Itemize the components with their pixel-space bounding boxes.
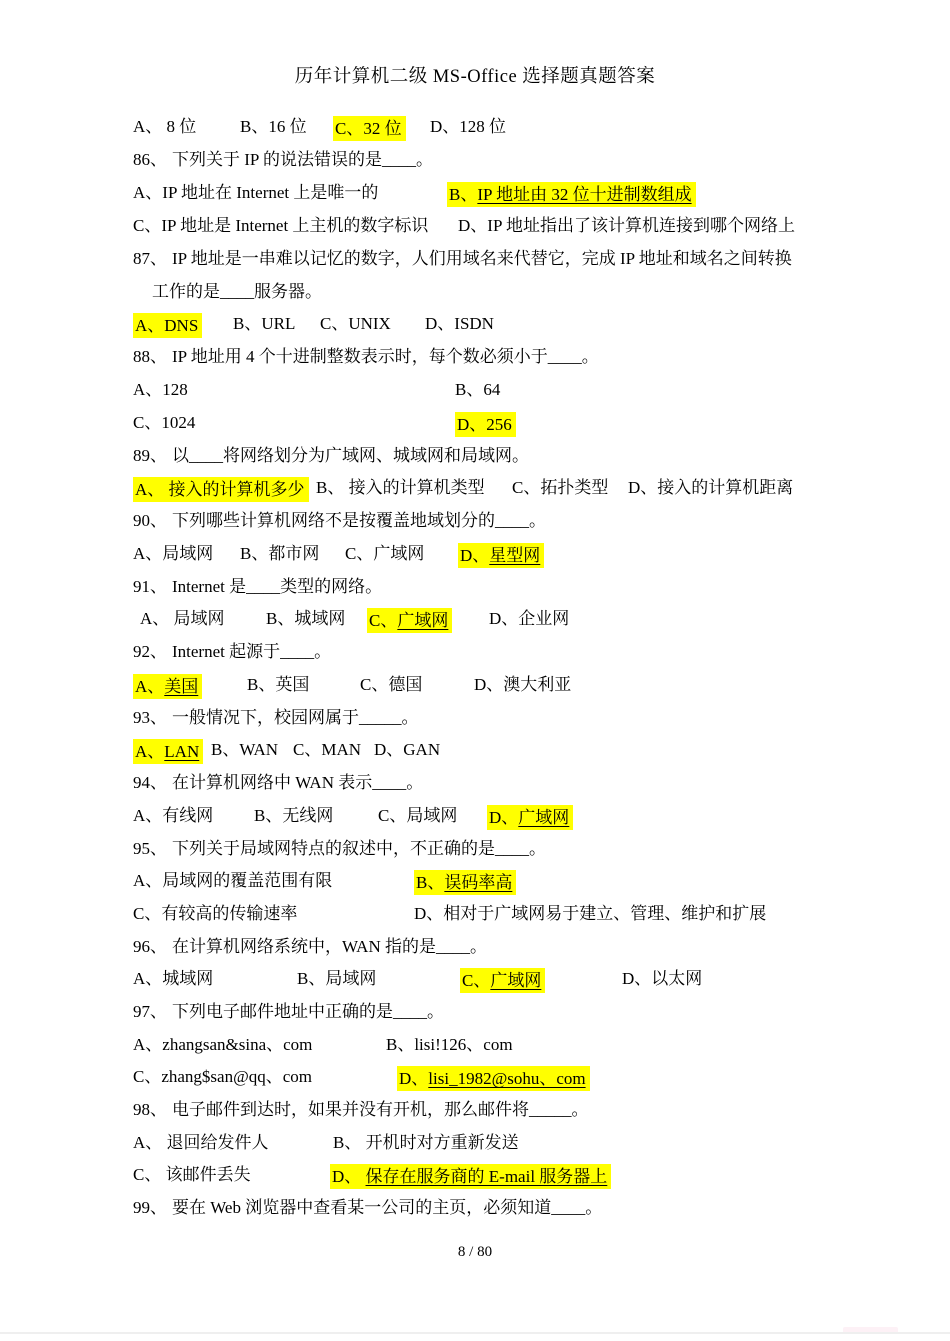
- segment-text: D、: [489, 808, 518, 827]
- question-line: 90、下列哪些计算机网络不是按覆盖地域划分的____。: [0, 510, 950, 536]
- text-segment: A、128: [133, 379, 188, 401]
- text-segment: 在计算机网络中 WAN 表示____。: [172, 772, 423, 794]
- segment-text: A、DNS: [135, 316, 198, 335]
- segment-text: 86、: [133, 150, 167, 169]
- text-segment: C、局域网: [378, 805, 457, 827]
- text-segment: B、URL: [233, 313, 295, 335]
- text-segment: B、都市网: [240, 543, 319, 565]
- segment-text: A、128: [133, 380, 188, 399]
- segment-text: A、: [135, 742, 164, 761]
- text-segment: 90、: [133, 510, 167, 532]
- segment-text: D、: [332, 1167, 366, 1186]
- segment-text: 下列电子邮件地址中正确的是____。: [172, 1002, 444, 1021]
- text-line: A、IP 地址在 Internet 上是唯一的B、IP 地址由 32 位十进制数…: [0, 182, 950, 208]
- segment-text: 99、: [133, 1198, 167, 1217]
- question-line: 97、下列电子邮件地址中正确的是____。: [0, 1001, 950, 1027]
- question-line: 87、IP 地址是一串难以记忆的数字，人们用域名来代替它，完成 IP 地址和域名…: [0, 248, 950, 274]
- underlined-answer-text: 误码率高: [444, 873, 512, 892]
- segment-text: D、IP 地址指出了该计算机连接到哪个网络上: [458, 216, 795, 235]
- question-line: 91、Internet 是____类型的网络。: [0, 576, 950, 602]
- segment-text: A、局域网: [133, 544, 213, 563]
- segment-text: 一般情况下，校园网属于_____。: [172, 708, 419, 727]
- segment-text: 92、: [133, 642, 167, 661]
- segment-text: A、 接入的计算机多少: [135, 480, 305, 499]
- segment-text: A、 退回给发件人: [133, 1133, 269, 1152]
- text-segment: C、1024: [133, 412, 195, 434]
- segment-text: 在计算机网络系统中，WAN 指的是____。: [172, 937, 487, 956]
- segment-text: Internet 起源于____。: [172, 642, 331, 661]
- highlighted-answer: A、LAN: [133, 739, 203, 764]
- text-segment: B、 开机时对方重新发送: [333, 1132, 519, 1154]
- segment-text: C、拓扑类型: [512, 478, 608, 497]
- segment-text: 95、: [133, 839, 167, 858]
- segment-text: A、: [135, 677, 164, 696]
- text-segment: C、MAN: [293, 739, 361, 761]
- text-line: C、 该邮件丢失D、 保存在服务商的 E-mail 服务器上: [0, 1164, 950, 1190]
- text-segment: IP 地址是一串难以记忆的数字，人们用域名来代替它，完成 IP 地址和域名之间转…: [172, 248, 792, 270]
- text-segment: D、以太网: [622, 968, 702, 990]
- segment-text: B、64: [455, 380, 500, 399]
- text-segment: D、GAN: [374, 739, 440, 761]
- text-line: A、 局域网B、城域网C、广域网D、企业网: [0, 608, 950, 634]
- segment-text: 89、: [133, 446, 167, 465]
- segment-text: B、lisi!126、com: [386, 1035, 513, 1054]
- text-segment: B、WAN: [211, 739, 278, 761]
- text-segment: A、 局域网: [140, 608, 225, 630]
- text-segment: D、相对于广域网易于建立、管理、维护和扩展: [414, 903, 766, 925]
- text-segment: C、IP 地址是 Internet 上主机的数字标识: [133, 215, 428, 237]
- segment-text: IP 地址用 4 个十进制整数表示时，每个数必须小于____。: [172, 347, 599, 366]
- text-segment: D、接入的计算机距离: [628, 477, 793, 499]
- question-line: 92、Internet 起源于____。: [0, 641, 950, 667]
- segment-text: D、以太网: [622, 969, 702, 988]
- text-segment: D、128 位: [430, 116, 506, 138]
- text-segment: C、 该邮件丢失: [133, 1164, 251, 1186]
- segment-text: D、: [399, 1069, 428, 1088]
- segment-text: A、 8 位: [133, 117, 196, 136]
- segment-text: D、澳大利亚: [474, 675, 571, 694]
- segment-text: 以____将网络划分为广域网、城域网和局域网。: [172, 446, 529, 465]
- segment-text: A、zhangsan&sina、com: [133, 1035, 312, 1054]
- text-segment: 88、: [133, 346, 167, 368]
- question-line: 94、在计算机网络中 WAN 表示____。: [0, 772, 950, 798]
- segment-text: 下列关于 IP 的说法错误的是____。: [172, 150, 433, 169]
- text-segment: B、 接入的计算机类型: [316, 477, 485, 499]
- segment-text: A、局域网的覆盖范围有限: [133, 871, 332, 890]
- text-segment: Internet 是____类型的网络。: [172, 576, 382, 598]
- segment-text: 90、: [133, 511, 167, 530]
- question-line: 86、下列关于 IP 的说法错误的是____。: [0, 149, 950, 175]
- segment-text: B、URL: [233, 314, 295, 333]
- segment-text: B、WAN: [211, 740, 278, 759]
- segment-text: 在计算机网络中 WAN 表示____。: [172, 773, 423, 792]
- highlighted-answer: D、星型网: [458, 543, 544, 568]
- text-segment: 97、: [133, 1001, 167, 1023]
- segment-text: IP 地址是一串难以记忆的数字，人们用域名来代替它，完成 IP 地址和域名之间转…: [172, 249, 792, 268]
- text-segment: B、英国: [247, 674, 309, 696]
- text-segment: Internet 起源于____。: [172, 641, 331, 663]
- text-segment: 92、: [133, 641, 167, 663]
- segment-text: C、32 位: [335, 119, 402, 138]
- text-segment: C、UNIX: [320, 313, 391, 335]
- segment-text: 下列关于局域网特点的叙述中，不正确的是____。: [172, 839, 546, 858]
- text-line: C、IP 地址是 Internet 上主机的数字标识D、IP 地址指出了该计算机…: [0, 215, 950, 241]
- text-segment: 下列哪些计算机网络不是按覆盖地域划分的____。: [172, 510, 546, 532]
- text-segment: 要在 Web 浏览器中查看某一公司的主页，必须知道____。: [172, 1197, 602, 1219]
- text-line: A、zhangsan&sina、comB、lisi!126、com: [0, 1034, 950, 1060]
- text-segment: D、IP 地址指出了该计算机连接到哪个网络上: [458, 215, 795, 237]
- text-segment: B、城域网: [266, 608, 345, 630]
- page-bottom-rule: [0, 1332, 950, 1334]
- text-segment: C、广域网: [345, 543, 424, 565]
- text-segment: A、有线网: [133, 805, 213, 827]
- text-segment: C、有较高的传输速率: [133, 903, 297, 925]
- text-segment: IP 地址用 4 个十进制整数表示时，每个数必须小于____。: [172, 346, 599, 368]
- segment-text: Internet 是____类型的网络。: [172, 577, 382, 596]
- highlighted-answer: C、32 位: [333, 116, 406, 141]
- text-segment: B、无线网: [254, 805, 333, 827]
- segment-text: D、128 位: [430, 117, 506, 136]
- text-segment: 99、: [133, 1197, 167, 1219]
- text-segment: 下列电子邮件地址中正确的是____。: [172, 1001, 444, 1023]
- segment-text: C、广域网: [345, 544, 424, 563]
- underlined-answer-text: lisi_1982@sohu、com: [428, 1069, 585, 1088]
- text-segment: 电子邮件到达时，如果并没有开机，那么邮件将_____。: [172, 1099, 589, 1121]
- page-title: 历年计算机二级 MS-Office 选择题真题答案: [0, 62, 950, 88]
- text-segment: 工作的是____服务器。: [152, 281, 322, 303]
- text-line: A、128B、64: [0, 379, 950, 405]
- highlighted-answer: B、IP 地址由 32 位十进制数组成: [447, 182, 696, 207]
- text-segment: A、 退回给发件人: [133, 1132, 269, 1154]
- segment-text: 91、: [133, 577, 167, 596]
- segment-text: C、: [369, 611, 397, 630]
- text-segment: A、zhangsan&sina、com: [133, 1034, 312, 1056]
- highlighted-answer: A、DNS: [133, 313, 202, 338]
- text-segment: 86、: [133, 149, 167, 171]
- underlined-answer-text: 广域网: [490, 971, 541, 990]
- highlighted-answer: D、256: [455, 412, 516, 437]
- segment-text: C、 该邮件丢失: [133, 1165, 251, 1184]
- text-line: A、 接入的计算机多少B、 接入的计算机类型C、拓扑类型D、接入的计算机距离: [0, 477, 950, 503]
- segment-text: 94、: [133, 773, 167, 792]
- underlined-answer-text: IP 地址由 32 位十进制数组成: [477, 185, 691, 204]
- segment-text: C、局域网: [378, 806, 457, 825]
- question-line: 88、IP 地址用 4 个十进制整数表示时，每个数必须小于____。: [0, 346, 950, 372]
- page-number-indicator: 8 / 80: [0, 1244, 950, 1261]
- text-line: A、局域网B、都市网C、广域网D、星型网: [0, 543, 950, 569]
- underlined-answer-text: LAN: [164, 742, 199, 761]
- text-segment: 下列关于 IP 的说法错误的是____。: [172, 149, 433, 171]
- text-segment: B、64: [455, 379, 500, 401]
- question-line: 95、下列关于局域网特点的叙述中，不正确的是____。: [0, 838, 950, 864]
- text-segment: 下列关于局域网特点的叙述中，不正确的是____。: [172, 838, 546, 860]
- text-segment: C、zhang$san@qq、com: [133, 1066, 312, 1088]
- text-segment: A、IP 地址在 Internet 上是唯一的: [133, 182, 378, 204]
- segment-text: B、英国: [247, 675, 309, 694]
- highlighted-answer: C、广域网: [367, 608, 452, 633]
- underlined-answer-text: 广域网: [518, 808, 569, 827]
- text-segment: D、澳大利亚: [474, 674, 571, 696]
- segment-text: B、: [449, 185, 477, 204]
- segment-text: 96、: [133, 937, 167, 956]
- text-segment: C、拓扑类型: [512, 477, 608, 499]
- segment-text: B、: [416, 873, 444, 892]
- segment-text: C、有较高的传输速率: [133, 904, 297, 923]
- question-line: 98、电子邮件到达时，如果并没有开机，那么邮件将_____。: [0, 1099, 950, 1125]
- segment-text: B、城域网: [266, 609, 345, 628]
- segment-text: D、GAN: [374, 740, 440, 759]
- text-segment: B、局域网: [297, 968, 376, 990]
- segment-text: A、 局域网: [140, 609, 225, 628]
- segment-text: B、无线网: [254, 806, 333, 825]
- highlighted-answer: A、美国: [133, 674, 202, 699]
- text-line: A、美国B、英国C、德国D、澳大利亚: [0, 674, 950, 700]
- text-line: A、 8 位B、16 位C、32 位D、128 位: [0, 116, 950, 142]
- text-line: A、DNSB、URLC、UNIXD、ISDN: [0, 313, 950, 339]
- question-line: 99、要在 Web 浏览器中查看某一公司的主页，必须知道____。: [0, 1197, 950, 1223]
- segment-text: 工作的是____服务器。: [152, 282, 322, 301]
- segment-text: D、接入的计算机距离: [628, 478, 793, 497]
- question-line: 93、一般情况下，校园网属于_____。: [0, 707, 950, 733]
- text-segment: A、局域网: [133, 543, 213, 565]
- segment-text: C、: [462, 971, 490, 990]
- segment-text: C、UNIX: [320, 314, 391, 333]
- segment-text: B、 接入的计算机类型: [316, 478, 485, 497]
- text-segment: 98、: [133, 1099, 167, 1121]
- text-line: A、LANB、WANC、MAND、GAN: [0, 739, 950, 765]
- text-segment: A、城域网: [133, 968, 213, 990]
- segment-text: C、IP 地址是 Internet 上主机的数字标识: [133, 216, 428, 235]
- text-segment: 95、: [133, 838, 167, 860]
- segment-text: 97、: [133, 1002, 167, 1021]
- highlighted-answer: D、 保存在服务商的 E-mail 服务器上: [330, 1164, 611, 1189]
- text-line: C、有较高的传输速率D、相对于广域网易于建立、管理、维护和扩展: [0, 903, 950, 929]
- underlined-answer-text: 保存在服务商的 E-mail 服务器上: [366, 1167, 608, 1186]
- text-segment: A、局域网的覆盖范围有限: [133, 870, 332, 892]
- text-segment: 87、: [133, 248, 167, 270]
- segment-text: C、MAN: [293, 740, 361, 759]
- text-segment: C、德国: [360, 674, 422, 696]
- text-segment: 一般情况下，校园网属于_____。: [172, 707, 419, 729]
- text-segment: B、lisi!126、com: [386, 1034, 513, 1056]
- segment-text: 电子邮件到达时，如果并没有开机，那么邮件将_____。: [172, 1100, 589, 1119]
- segment-text: D、: [460, 546, 489, 565]
- document-page: 历年计算机二级 MS-Office 选择题真题答案 A、 8 位B、16 位C、…: [0, 0, 950, 1341]
- text-segment: A、 8 位: [133, 116, 196, 138]
- text-segment: 89、: [133, 445, 167, 467]
- text-segment: 94、: [133, 772, 167, 794]
- segment-text: B、16 位: [240, 117, 307, 136]
- question-line: 96、在计算机网络系统中，WAN 指的是____。: [0, 936, 950, 962]
- segment-text: C、1024: [133, 413, 195, 432]
- highlighted-answer: D、广域网: [487, 805, 573, 830]
- text-line: A、 退回给发件人B、 开机时对方重新发送: [0, 1132, 950, 1158]
- text-segment: 93、: [133, 707, 167, 729]
- text-segment: 96、: [133, 936, 167, 958]
- underlined-answer-text: 美国: [164, 677, 198, 696]
- text-segment: D、ISDN: [425, 313, 494, 335]
- segment-text: D、ISDN: [425, 314, 494, 333]
- segment-text: 下列哪些计算机网络不是按覆盖地域划分的____。: [172, 511, 546, 530]
- segment-text: B、局域网: [297, 969, 376, 988]
- segment-text: A、城域网: [133, 969, 213, 988]
- segment-text: D、256: [457, 415, 512, 434]
- segment-text: A、有线网: [133, 806, 213, 825]
- underlined-answer-text: 广域网: [397, 611, 448, 630]
- segment-text: 88、: [133, 347, 167, 366]
- segment-text: 87、: [133, 249, 167, 268]
- text-segment: 以____将网络划分为广域网、城域网和局域网。: [172, 445, 529, 467]
- text-segment: D、企业网: [489, 608, 569, 630]
- segment-text: C、德国: [360, 675, 422, 694]
- text-segment: 在计算机网络系统中，WAN 指的是____。: [172, 936, 487, 958]
- segment-text: 98、: [133, 1100, 167, 1119]
- segment-text: 要在 Web 浏览器中查看某一公司的主页，必须知道____。: [172, 1198, 602, 1217]
- segment-text: D、相对于广域网易于建立、管理、维护和扩展: [414, 904, 766, 923]
- segment-text: D、企业网: [489, 609, 569, 628]
- segment-text: B、 开机时对方重新发送: [333, 1133, 519, 1152]
- segment-text: C、zhang$san@qq、com: [133, 1067, 312, 1086]
- underlined-answer-text: 星型网: [489, 546, 540, 565]
- highlighted-answer: D、lisi_1982@sohu、com: [397, 1066, 590, 1091]
- text-segment: 91、: [133, 576, 167, 598]
- segment-text: B、都市网: [240, 544, 319, 563]
- segment-text: 93、: [133, 708, 167, 727]
- text-line: A、局域网的覆盖范围有限B、误码率高: [0, 870, 950, 896]
- highlighted-answer: B、误码率高: [414, 870, 516, 895]
- text-segment: B、16 位: [240, 116, 307, 138]
- text-line: 工作的是____服务器。: [0, 281, 950, 307]
- text-line: C、1024D、256: [0, 412, 950, 438]
- segment-text: A、IP 地址在 Internet 上是唯一的: [133, 183, 378, 202]
- text-line: A、城域网B、局域网C、广域网D、以太网: [0, 968, 950, 994]
- text-line: C、zhang$san@qq、comD、lisi_1982@sohu、com: [0, 1066, 950, 1092]
- highlighted-answer: A、 接入的计算机多少: [133, 477, 309, 502]
- highlighted-answer: C、广域网: [460, 968, 545, 993]
- question-line: 89、以____将网络划分为广域网、城域网和局域网。: [0, 445, 950, 471]
- text-line: A、有线网B、无线网C、局域网D、广域网: [0, 805, 950, 831]
